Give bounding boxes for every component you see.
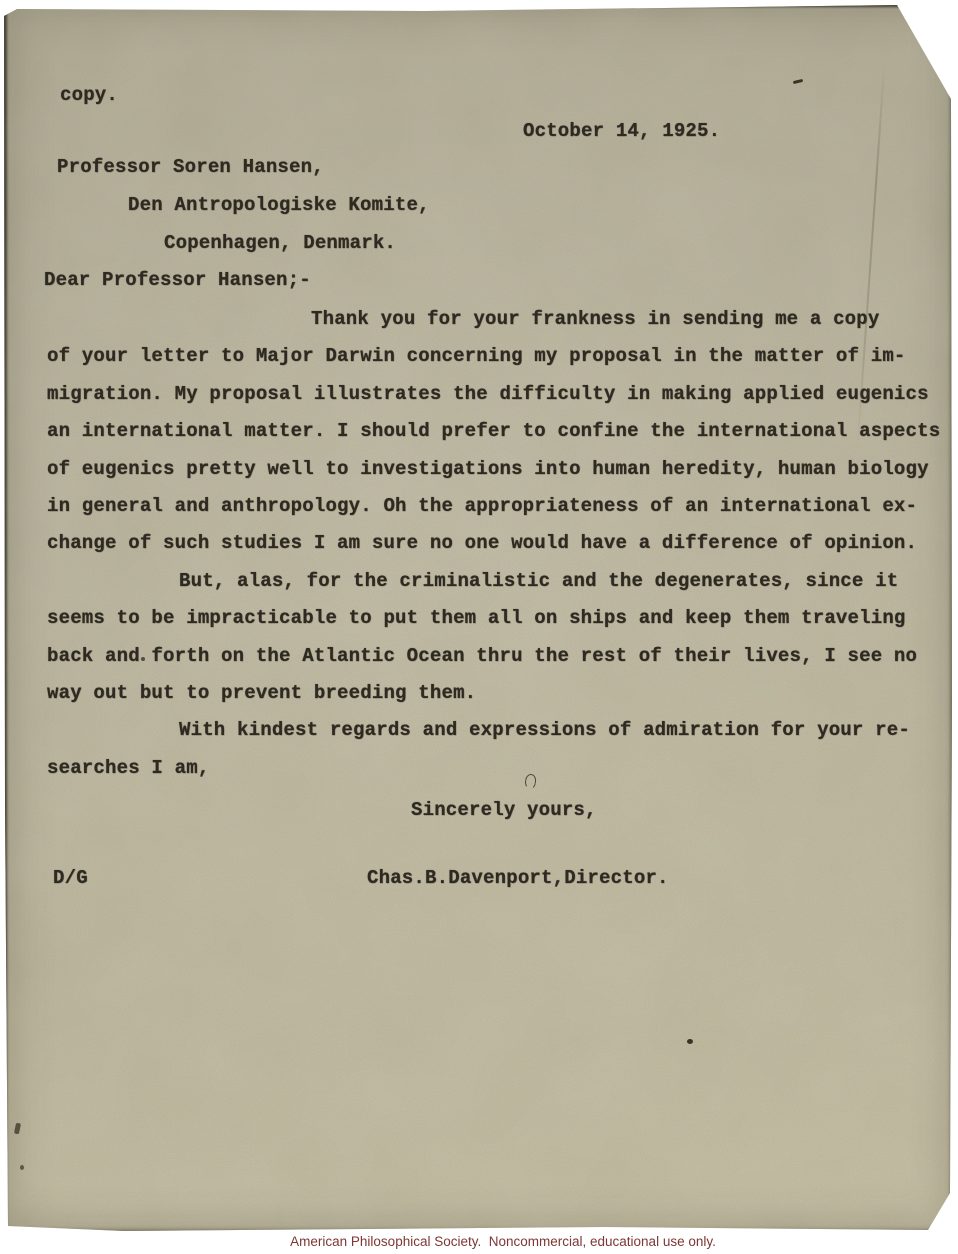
recipient-city: Copenhagen, Denmark. [164,231,396,255]
letter-date: October 14, 1925. [523,119,720,143]
body-line: way out but to prevent breeding them. [47,682,927,719]
body-line: back and forth on the Atlantic Ocean thr… [47,645,927,682]
body-line: of your letter to Major Darwin concernin… [47,345,927,382]
body-line: migration. My proposal illustrates the d… [47,383,927,420]
body-line: in general and anthropology. Oh the appr… [47,495,927,532]
body-line: With kindest regards and expressions of … [47,719,927,756]
recipient-name: Professor Soren Hansen, [57,155,324,179]
paper-speck [793,79,803,84]
footer-attribution-text: American Philosophical Society. Noncomme… [290,1232,716,1252]
body-line: searches I am, [47,757,927,794]
paper-speck [14,1123,21,1135]
paper-speck [141,657,145,661]
body-line: But, alas, for the criminalistic and the… [47,570,927,607]
signature: Chas.B.Davenport,Director. [367,866,669,890]
letter-body: Thank you for your frankness in sending … [47,308,927,794]
footer-attribution-bar: American Philosophical Society. Noncomme… [0,1232,958,1254]
letter-paper: copy. October 14, 1925. Professor Soren … [4,5,952,1232]
body-line: change of such studies I am sure no one … [47,532,927,569]
copy-annotation: copy. [60,83,118,107]
body-line: of eugenics pretty well to investigation… [47,458,927,495]
paper-speck [20,1165,24,1170]
body-line: seems to be impracticable to put them al… [47,607,927,644]
paper-speck [687,1039,693,1044]
closing-salutation: Sincerely yours, [411,798,597,822]
recipient-organization: Den Antropologiske Komite, [128,193,430,217]
scanned-letter-page: copy. October 14, 1925. Professor Soren … [0,0,958,1254]
body-line: Thank you for your frankness in sending … [47,308,927,345]
body-line: an international matter. I should prefer… [47,420,927,457]
typist-initials: D/G [53,866,88,890]
salutation: Dear Professor Hansen;- [44,268,311,292]
